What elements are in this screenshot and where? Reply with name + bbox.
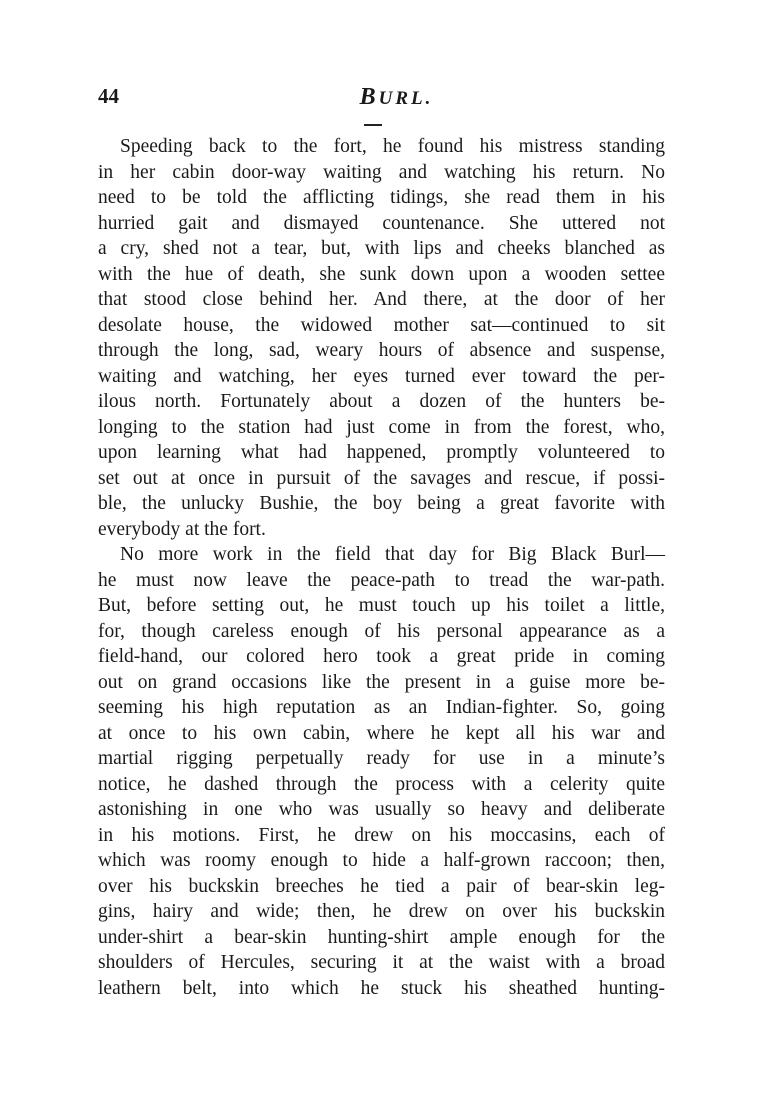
text-line: in his motions. First, he drew on his mo… <box>98 823 665 849</box>
text-line: out on grand occasions like the present … <box>98 670 665 696</box>
text-line: which was roomy enough to hide a half-gr… <box>98 848 665 874</box>
text-line: everybody at the fort. <box>98 517 665 543</box>
text-line: for, though careless enough of his perso… <box>98 619 665 645</box>
paragraph-1: Speeding back to the fort, he found his … <box>98 134 665 542</box>
text-line: shoulders of Hercules, securing it at th… <box>98 950 665 976</box>
running-title-rest: URL. <box>379 88 434 109</box>
running-title-initial: B <box>360 84 379 110</box>
text-line: under-shirt a bear-skin hunting-shirt am… <box>98 925 665 951</box>
text-line: need to be told the afflicting tidings, … <box>98 185 665 211</box>
text-line: in her cabin door-way waiting and watchi… <box>98 160 665 186</box>
text-line: a cry, shed not a tear, but, with lips a… <box>98 236 665 262</box>
page-header: 44 BURL. <box>98 84 665 114</box>
text-line: martial rigging perpetually ready for us… <box>98 746 665 772</box>
text-line: gins, hairy and wide; then, he drew on o… <box>98 899 665 925</box>
text-line: longing to the station had just come in … <box>98 415 665 441</box>
text-line: set out at once in pursuit of the savage… <box>98 466 665 492</box>
paragraph-2: No more work in the field that day for B… <box>98 542 665 1001</box>
text-line: with the hue of death, she sunk down upo… <box>98 262 665 288</box>
text-line: Speeding back to the fort, he found his … <box>98 134 665 160</box>
running-title: BURL. <box>98 84 665 111</box>
text-line: hurried gait and dismayed countenance. S… <box>98 211 665 237</box>
text-line: ilous north. Fortunately about a dozen o… <box>98 389 665 415</box>
text-line: seeming his high reputation as an Indian… <box>98 695 665 721</box>
text-line: waiting and watching, her eyes turned ev… <box>98 364 665 390</box>
text-line: upon learning what had happened, promptl… <box>98 440 665 466</box>
text-line: desolate house, the widowed mother sat—c… <box>98 313 665 339</box>
text-line: that stood close behind her. And there, … <box>98 287 665 313</box>
text-line: astonishing in one who was usually so he… <box>98 797 665 823</box>
header-rule <box>364 124 382 126</box>
text-line: No more work in the field that day for B… <box>98 542 665 568</box>
text-line: at once to his own cabin, where he kept … <box>98 721 665 747</box>
book-page: 44 BURL. Speeding back to the fort, he f… <box>0 0 760 1100</box>
text-line: through the long, sad, weary hours of ab… <box>98 338 665 364</box>
text-line: But, before setting out, he must touch u… <box>98 593 665 619</box>
body-text: Speeding back to the fort, he found his … <box>98 134 665 1001</box>
text-line: field-hand, our colored hero took a grea… <box>98 644 665 670</box>
text-line: he must now leave the peace-path to trea… <box>98 568 665 594</box>
text-line: over his buckskin breeches he tied a pai… <box>98 874 665 900</box>
text-line: leathern belt, into which he stuck his s… <box>98 976 665 1002</box>
text-line: ble, the unlucky Bushie, the boy being a… <box>98 491 665 517</box>
text-line: notice, he dashed through the process wi… <box>98 772 665 798</box>
